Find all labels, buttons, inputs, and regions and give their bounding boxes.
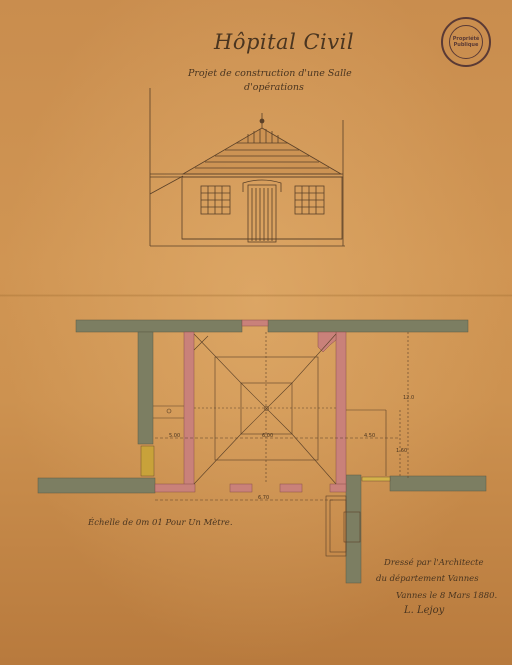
signature-line2: du département Vannes [376,574,479,584]
dimension-side: 5.00 [169,433,180,439]
dimension-annex: 1.60 [396,448,407,454]
dimension-overall-width: 6.70 [258,495,269,501]
dimension-height-right: 12.0 [403,395,414,401]
scale-note: Échelle de 0m 01 Pour Un Mètre. [88,518,233,528]
signature-date: Vannes le 8 Mars 1880. [396,591,497,601]
signature-line1: Dressé par l'Architecte [384,558,484,568]
architect-signature: L. Lejoy [404,605,444,616]
dimension-corridor: 4.50 [364,433,375,439]
dimension-room-width: 6.00 [262,433,273,439]
drawing-sheet: Hôpital Civil Projet de construction d'u… [0,0,512,665]
